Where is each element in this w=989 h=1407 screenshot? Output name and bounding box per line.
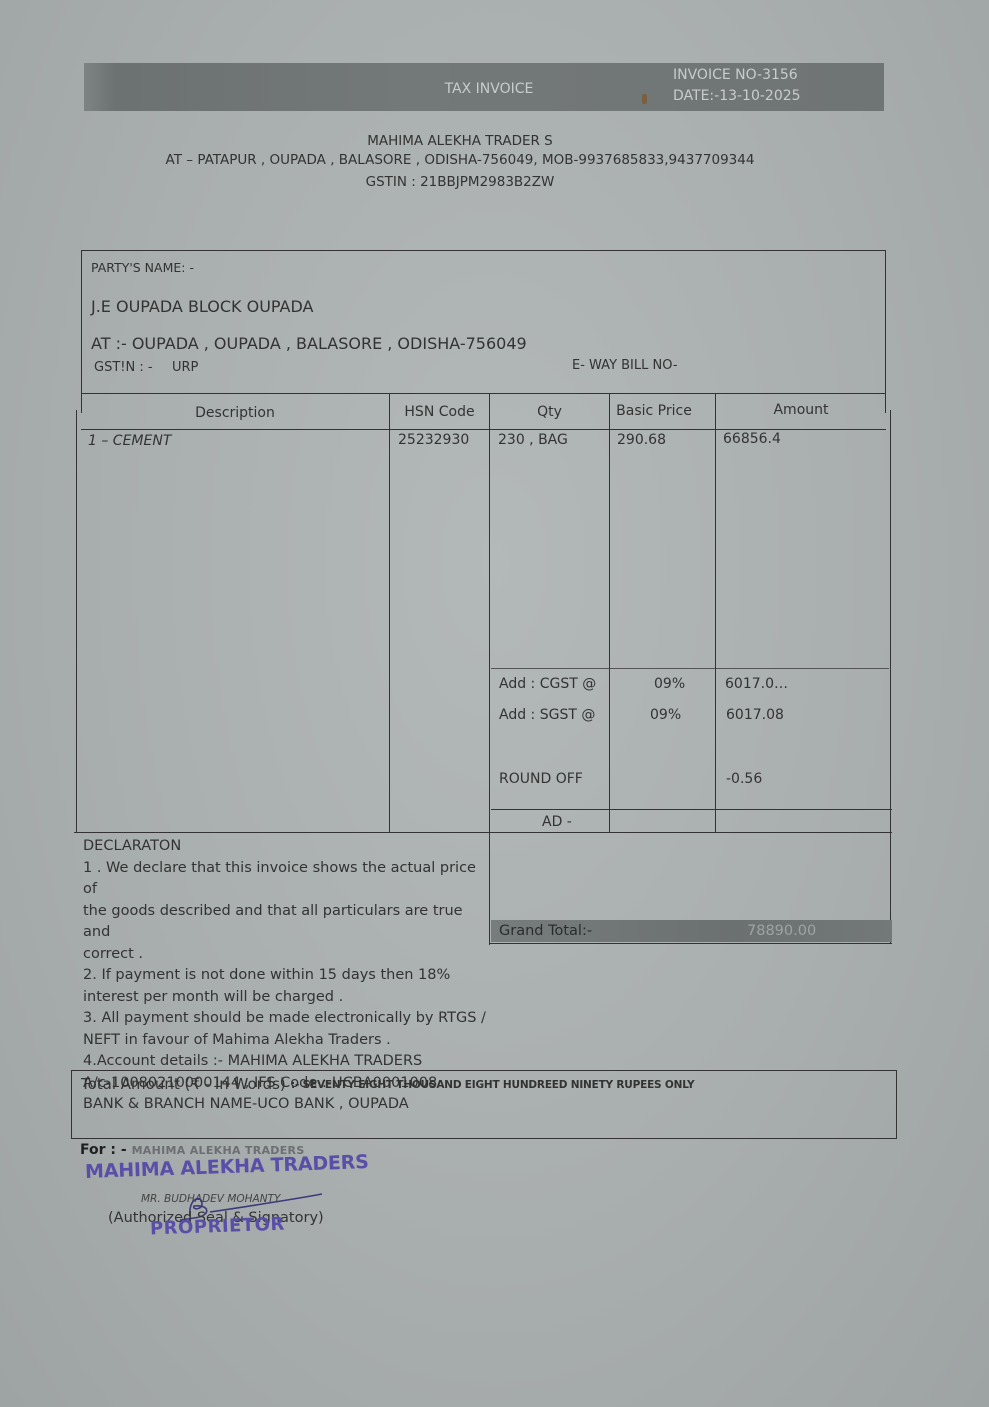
- cgst-label: Add : CGST @: [499, 676, 596, 692]
- round-off-label: ROUND OFF: [499, 771, 583, 787]
- amount-in-words-label: Total Amount (₹ - In Words): [81, 1075, 286, 1093]
- sgst-label: Add : SGST @: [499, 707, 595, 723]
- declaration-line: the goods described and that all particu…: [83, 901, 488, 944]
- party-gstin-label: GST!N : -: [94, 360, 153, 375]
- sgst-rate: 09%: [650, 707, 681, 723]
- col-header-description: Description: [82, 405, 388, 421]
- grand-total-label: Grand Total:-: [499, 923, 592, 939]
- paper-stain: [642, 94, 647, 104]
- invoice-number: INVOICE NO-3156: [673, 67, 798, 83]
- grand-total-value: 78890.00: [747, 923, 816, 939]
- ad-label: AD -: [542, 814, 572, 830]
- declaration-line: interest per month will be charged .: [83, 987, 488, 1009]
- item-qty: 230 , BAG: [498, 432, 568, 448]
- party-gstin-value: URP: [172, 360, 198, 375]
- item-amount: 66856.4: [723, 431, 781, 447]
- cgst-rate: 09%: [654, 676, 685, 692]
- eway-bill-label: E- WAY BILL NO-: [572, 358, 678, 373]
- seller-gstin: GSTIN : 21BBJPM2983B2ZW: [140, 174, 780, 190]
- declaration-title: DECLARATON: [83, 836, 488, 858]
- declaration-line: 2. If payment is not done within 15 days…: [83, 965, 488, 987]
- seller-name: MAHIMA ALEKHA TRADER S: [140, 133, 780, 149]
- item-hsn: 25232930: [398, 432, 469, 448]
- col-header-amount: Amount: [716, 402, 886, 418]
- amount-in-words-value: :- SEVENTY EIGHT THOUSAND EIGHT HUNDREED…: [291, 1079, 694, 1091]
- party-details-box: PARTY'S NAME: - J.E OUPADA BLOCK OUPADA …: [81, 250, 886, 393]
- grand-total-bar: Grand Total:- 78890.00: [491, 920, 892, 942]
- document-title: TAX INVOICE: [429, 81, 549, 97]
- party-address: AT :- OUPADA , OUPADA , BALASORE , ODISH…: [91, 334, 527, 353]
- item-description: 1 – CEMENT: [88, 433, 171, 449]
- invoice-date: DATE:-13-10-2025: [673, 88, 801, 104]
- declaration-line: 3. All payment should be made electronic…: [83, 1008, 488, 1030]
- invoice-header-bar: TAX INVOICE INVOICE NO-3156 DATE:-13-10-…: [84, 63, 884, 111]
- amount-in-words-box: Total Amount (₹ - In Words) :- SEVENTY E…: [71, 1070, 897, 1139]
- cgst-amount: 6017.0…: [725, 676, 788, 692]
- sgst-amount: 6017.08: [726, 707, 784, 723]
- item-price: 290.68: [617, 432, 666, 448]
- col-header-hsn: HSN Code: [390, 404, 489, 420]
- declaration-line: NEFT in favour of Mahima Alekha Traders …: [83, 1030, 488, 1052]
- col-header-qty: Qty: [490, 404, 609, 420]
- round-off-amount: -0.56: [726, 771, 762, 787]
- col-header-basic-price: Basic Price: [600, 403, 708, 419]
- party-name: J.E OUPADA BLOCK OUPADA: [91, 297, 313, 316]
- declaration-line: correct .: [83, 944, 488, 966]
- proprietor-stamp: PROPRIETOR: [150, 1214, 285, 1240]
- party-name-label: PARTY'S NAME: -: [91, 260, 194, 275]
- declaration-line: 1 . We declare that this invoice shows t…: [83, 858, 488, 901]
- for-label: For : -: [80, 1142, 127, 1158]
- seller-address: AT – PATAPUR , OUPADA , BALASORE , ODISH…: [140, 152, 780, 168]
